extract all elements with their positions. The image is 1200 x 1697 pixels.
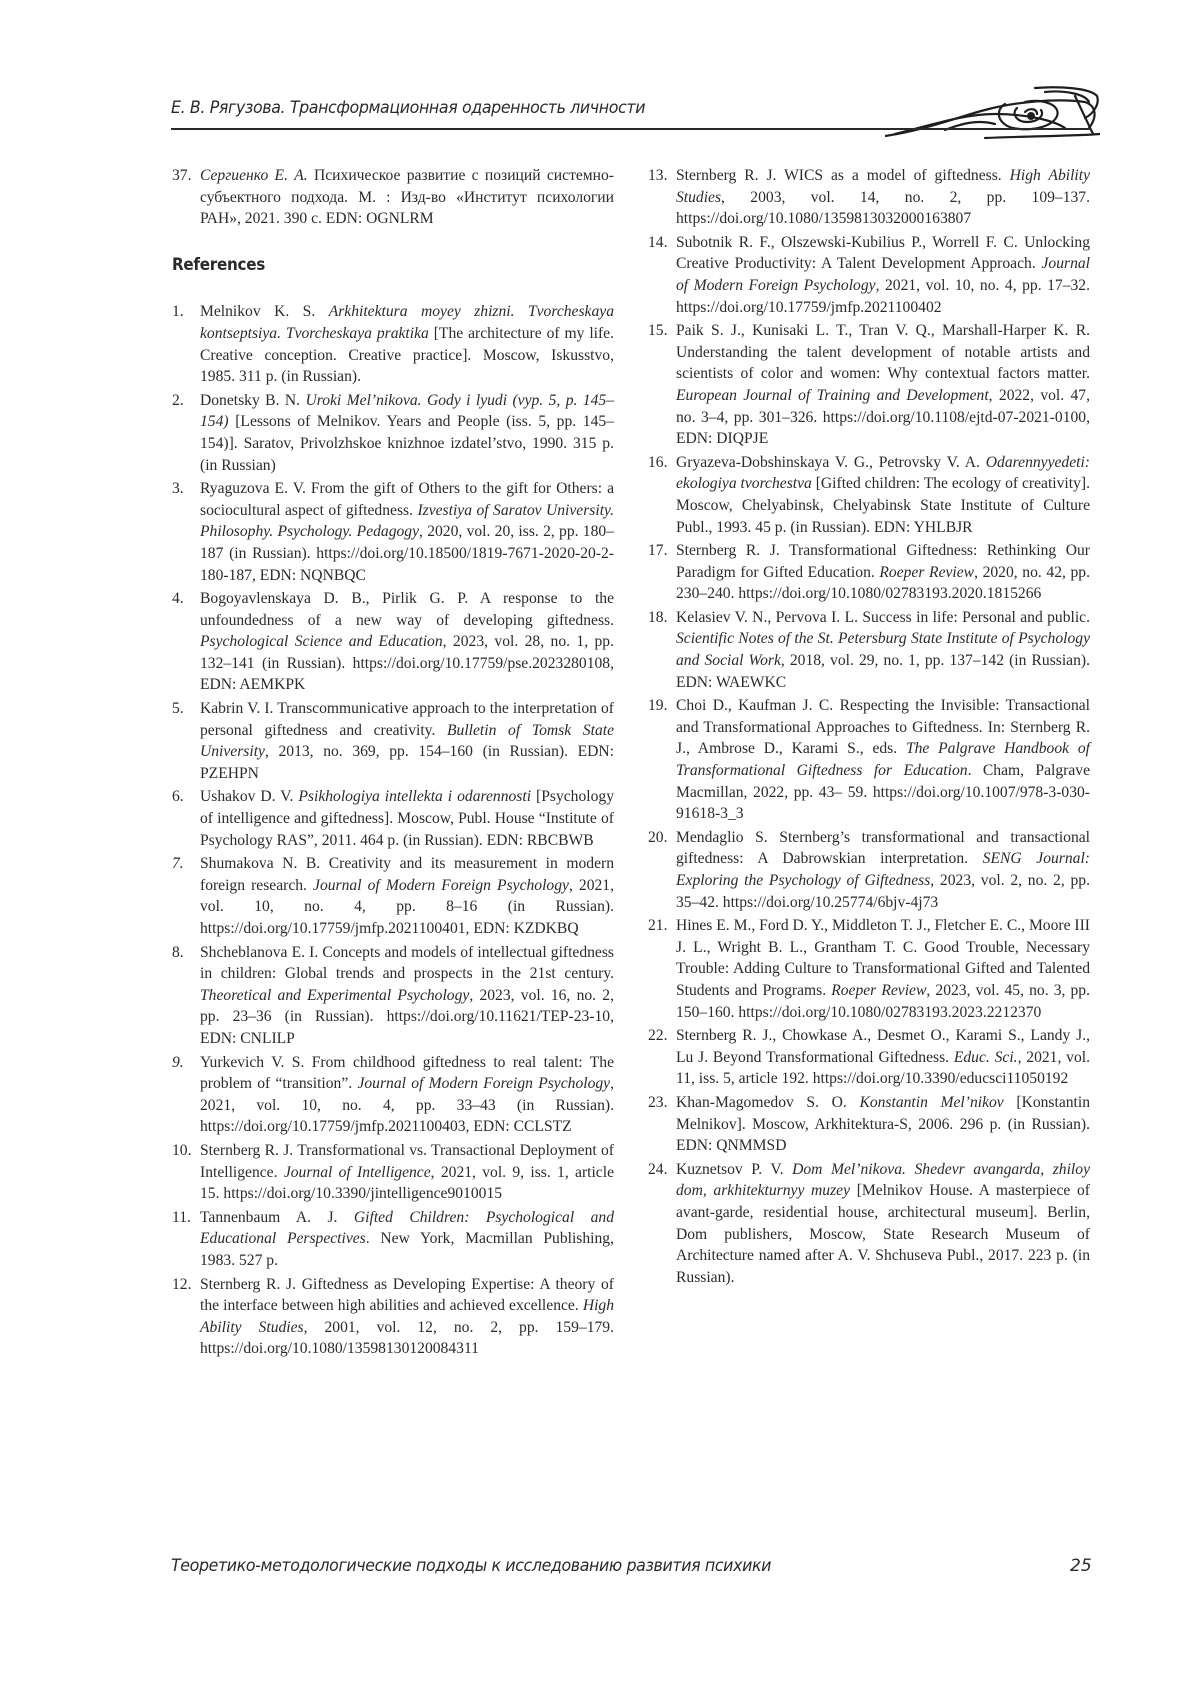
right-column: 13.Sternberg R. J. WICS as a model of gi… xyxy=(648,165,1090,1290)
reference-text: Shumakova N. B. Creativity and its measu… xyxy=(200,855,614,937)
reference-number: 19. xyxy=(648,695,668,717)
reference-number: 2. xyxy=(172,390,184,412)
reference-item: 23.Khan-Magomedov S. O. Konstantin Mel’n… xyxy=(648,1092,1090,1157)
reference-number: 7. xyxy=(172,853,184,875)
reference-number: 11. xyxy=(172,1207,191,1229)
reference-item: 21.Hines E. M., Ford D. Y., Middleton T.… xyxy=(648,915,1090,1023)
reference-item: 15.Paik S. J., Kunisaki L. T., Tran V. Q… xyxy=(648,320,1090,450)
reference-number: 15. xyxy=(648,320,668,342)
reference-item: 24.Kuznetsov P. V. Dom Mel’nikova. Shede… xyxy=(648,1159,1090,1289)
reference-text: Donetsky B. N. Uroki Mel’nikova. Gody i … xyxy=(200,392,614,474)
reference-item: 3.Ryaguzova E. V. From the gift of Other… xyxy=(172,478,614,586)
reference-text: Bogoyavlenskaya D. B., Pirlik G. P. A re… xyxy=(200,590,614,693)
reference-item: 2.Donetsky B. N. Uroki Mel’nikova. Gody … xyxy=(172,390,614,476)
reference-text: Yurkevich V. S. From childhood giftednes… xyxy=(200,1054,614,1136)
reference-item: 4.Bogoyavlenskaya D. B., Pirlik G. P. A … xyxy=(172,588,614,696)
reference-number: 18. xyxy=(648,607,668,629)
reference-item: 13.Sternberg R. J. WICS as a model of gi… xyxy=(648,165,1090,230)
reference-item: 8.Shcheblanova E. I. Concepts and models… xyxy=(172,942,614,1050)
reference-item: 10.Sternberg R. J. Transformational vs. … xyxy=(172,1140,614,1205)
reference-text: Sternberg R. J. Transformational vs. Tra… xyxy=(200,1142,614,1202)
reference-item: 6.Ushakov D. V. Psikhologiya intellekta … xyxy=(172,786,614,851)
header-rule xyxy=(171,128,1091,130)
reference-text: Khan-Magomedov S. O. Konstantin Mel’niko… xyxy=(676,1094,1090,1154)
reference-text: Shcheblanova E. I. Concepts and models o… xyxy=(200,944,614,1047)
reference-number: 6. xyxy=(172,786,184,808)
reference-item: 17.Sternberg R. J. Transformational Gift… xyxy=(648,540,1090,605)
running-foot-title: Теоретико-методологические подходы к исс… xyxy=(171,1556,915,1576)
reference-text: Kabrin V. I. Transcommunicative approach… xyxy=(200,700,614,782)
references-heading: References xyxy=(172,254,579,276)
reference-text: Kelasiev V. N., Pervova I. L. Success in… xyxy=(676,609,1090,691)
reference-number: 24. xyxy=(648,1159,668,1181)
reference-item: 7.Shumakova N. B. Creativity and its mea… xyxy=(172,853,614,939)
reference-text: Сергиенко Е. А. Психическое развитие с п… xyxy=(200,167,614,227)
reference-text: Hines E. M., Ford D. Y., Middleton T. J.… xyxy=(676,917,1090,1020)
page-number: 25 xyxy=(1070,1556,1092,1576)
reference-text: Gryazeva-Dobshinskaya V. G., Petrovsky V… xyxy=(676,454,1090,536)
reference-number: 21. xyxy=(648,915,668,937)
reference-text: Ryaguzova E. V. From the gift of Others … xyxy=(200,480,614,583)
reference-number: 22. xyxy=(648,1025,668,1047)
references-list-left: 1.Melnikov K. S. Arkhitektura moyey zhiz… xyxy=(172,301,614,1360)
references-list-right: 13.Sternberg R. J. WICS as a model of gi… xyxy=(648,165,1090,1288)
reference-item: 19.Choi D., Kaufman J. C. Respecting the… xyxy=(648,695,1090,825)
reference-item: 12.Sternberg R. J. Giftedness as Develop… xyxy=(172,1274,614,1360)
reference-text: Choi D., Kaufman J. C. Respecting the In… xyxy=(676,697,1090,822)
reference-item: 11. Tannenbaum A. J. Gifted Children: Ps… xyxy=(172,1207,614,1272)
reference-number: 12. xyxy=(172,1274,192,1296)
reference-text: Ushakov D. V. Psikhologiya intellekta i … xyxy=(200,788,614,848)
reference-text: Kuznetsov P. V. Dom Mel’nikova. Shedevr … xyxy=(676,1161,1090,1286)
reference-number: 37. xyxy=(172,165,192,187)
reference-text: Sternberg R. J., Chowkase A., Desmet O.,… xyxy=(676,1027,1090,1087)
reference-text: Tannenbaum A. J. Gifted Children: Psycho… xyxy=(200,1209,614,1269)
reference-text: Paik S. J., Kunisaki L. T., Tran V. Q., … xyxy=(676,322,1090,447)
reference-number: 4. xyxy=(172,588,184,610)
russian-reference-item: 37. Сергиенко Е. А. Психическое развитие… xyxy=(172,165,614,230)
reference-number: 14. xyxy=(648,232,668,254)
reference-number: 1. xyxy=(172,301,184,323)
reference-text: Sternberg R. J. WICS as a model of gifte… xyxy=(676,167,1090,227)
reference-text: Sternberg R. J. Transformational Giftedn… xyxy=(676,542,1090,602)
reference-text: Sternberg R. J. Giftedness as Developing… xyxy=(200,1276,614,1358)
reference-text: Subotnik R. F., Olszewski-Kubilius P., W… xyxy=(676,234,1090,316)
reference-number: 17. xyxy=(648,540,668,562)
art-nouveau-ornament-icon xyxy=(885,84,1100,140)
reference-number: 3. xyxy=(172,478,184,500)
reference-item: 14.Subotnik R. F., Olszewski-Kubilius P.… xyxy=(648,232,1090,318)
reference-number: 23. xyxy=(648,1092,668,1114)
left-column: 37. Сергиенко Е. А. Психическое развитие… xyxy=(172,165,614,1362)
reference-text: Mendaglio S. Sternberg’s transformationa… xyxy=(676,829,1090,911)
reference-item: 1.Melnikov K. S. Arkhitektura moyey zhiz… xyxy=(172,301,614,387)
reference-number: 13. xyxy=(648,165,668,187)
reference-item: 18.Kelasiev V. N., Pervova I. L. Success… xyxy=(648,607,1090,693)
reference-item: 20.Mendaglio S. Sternberg’s transformati… xyxy=(648,827,1090,913)
reference-item: 16.Gryazeva-Dobshinskaya V. G., Petrovsk… xyxy=(648,452,1090,538)
reference-item: 9.Yurkevich V. S. From childhood giftedn… xyxy=(172,1052,614,1138)
reference-item: 5.Kabrin V. I. Transcommunicative approa… xyxy=(172,698,614,784)
reference-text: Melnikov K. S. Arkhitektura moyey zhizni… xyxy=(200,303,614,385)
reference-number: 8. xyxy=(172,942,184,964)
reference-number: 9. xyxy=(172,1052,184,1074)
reference-number: 10. xyxy=(172,1140,192,1162)
reference-item: 22.Sternberg R. J., Chowkase A., Desmet … xyxy=(648,1025,1090,1090)
running-head-title: Е. В. Рягузова. Трансформационная одарен… xyxy=(171,98,822,118)
reference-number: 20. xyxy=(648,827,668,849)
reference-number: 5. xyxy=(172,698,184,720)
reference-number: 16. xyxy=(648,452,668,474)
